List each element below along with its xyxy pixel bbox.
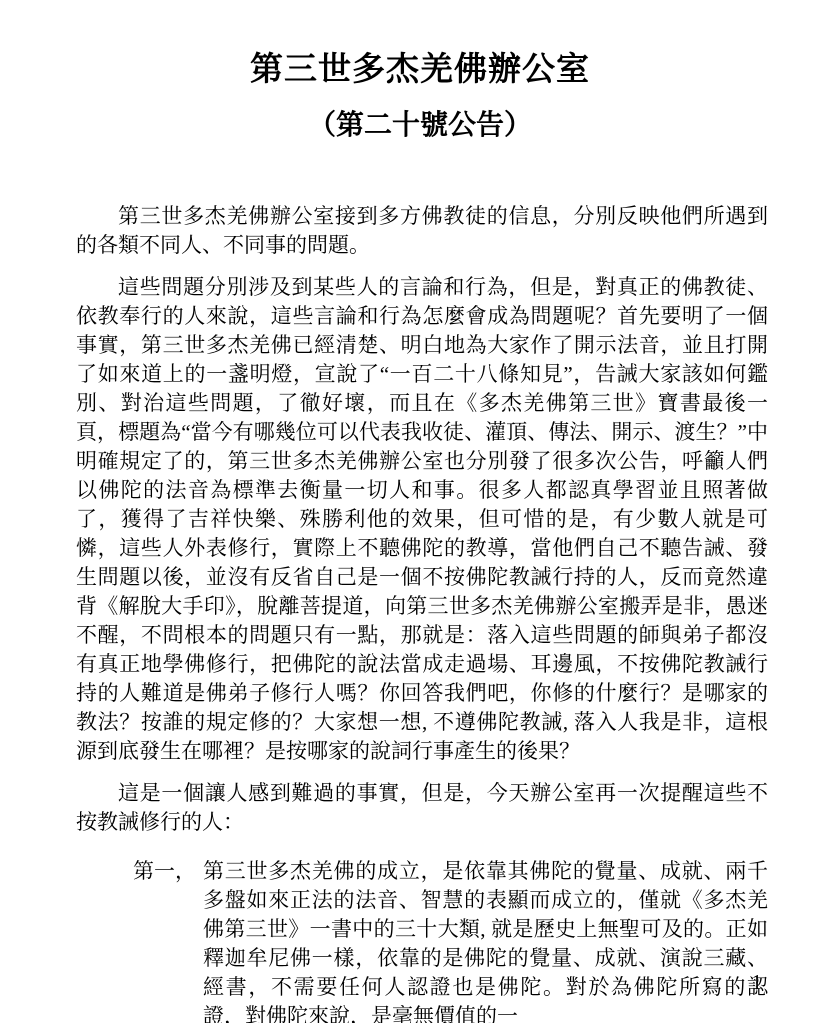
- document-subtitle: （第二十號公告）: [0, 110, 840, 142]
- document-header: 第三世多杰羌佛辦公室 （第二十號公告）: [0, 0, 840, 142]
- list-item-text: 第三世多杰羌佛的成立，是依靠其佛陀的覺量、成就、兩千多盤如來正法的法音、智慧的表…: [203, 857, 768, 1023]
- list-item: 第一， 第三世多杰羌佛的成立，是依靠其佛陀的覺量、成就、兩千多盤如來正法的法音、…: [76, 857, 768, 1023]
- paragraph-reminder: 這是一個讓人感到難過的事實，但是，今天辦公室再一次提醒這些不按教誡修行的人：: [76, 779, 768, 837]
- paragraph-intro: 第三世多杰羌佛辦公室接到多方佛教徒的信息，分別反映他們所遇到的各類不同人、不同事…: [76, 202, 768, 260]
- document-body: 第三世多杰羌佛辦公室接到多方佛教徒的信息，分別反映他們所遇到的各類不同人、不同事…: [76, 202, 768, 1023]
- numbered-list: 第一， 第三世多杰羌佛的成立，是依靠其佛陀的覺量、成就、兩千多盤如來正法的法音、…: [76, 857, 768, 1023]
- document-page: 第三世多杰羌佛辦公室 （第二十號公告） 第三世多杰羌佛辦公室接到多方佛教徒的信息…: [0, 0, 840, 1023]
- paragraph-main: 這些問題分別涉及到某些人的言論和行為，但是，對真正的佛教徒、依教奉行的人來說，這…: [76, 273, 768, 766]
- list-item-label: 第一，: [133, 857, 203, 886]
- page-number: 1: [752, 970, 763, 995]
- document-title: 第三世多杰羌佛辦公室: [0, 50, 840, 90]
